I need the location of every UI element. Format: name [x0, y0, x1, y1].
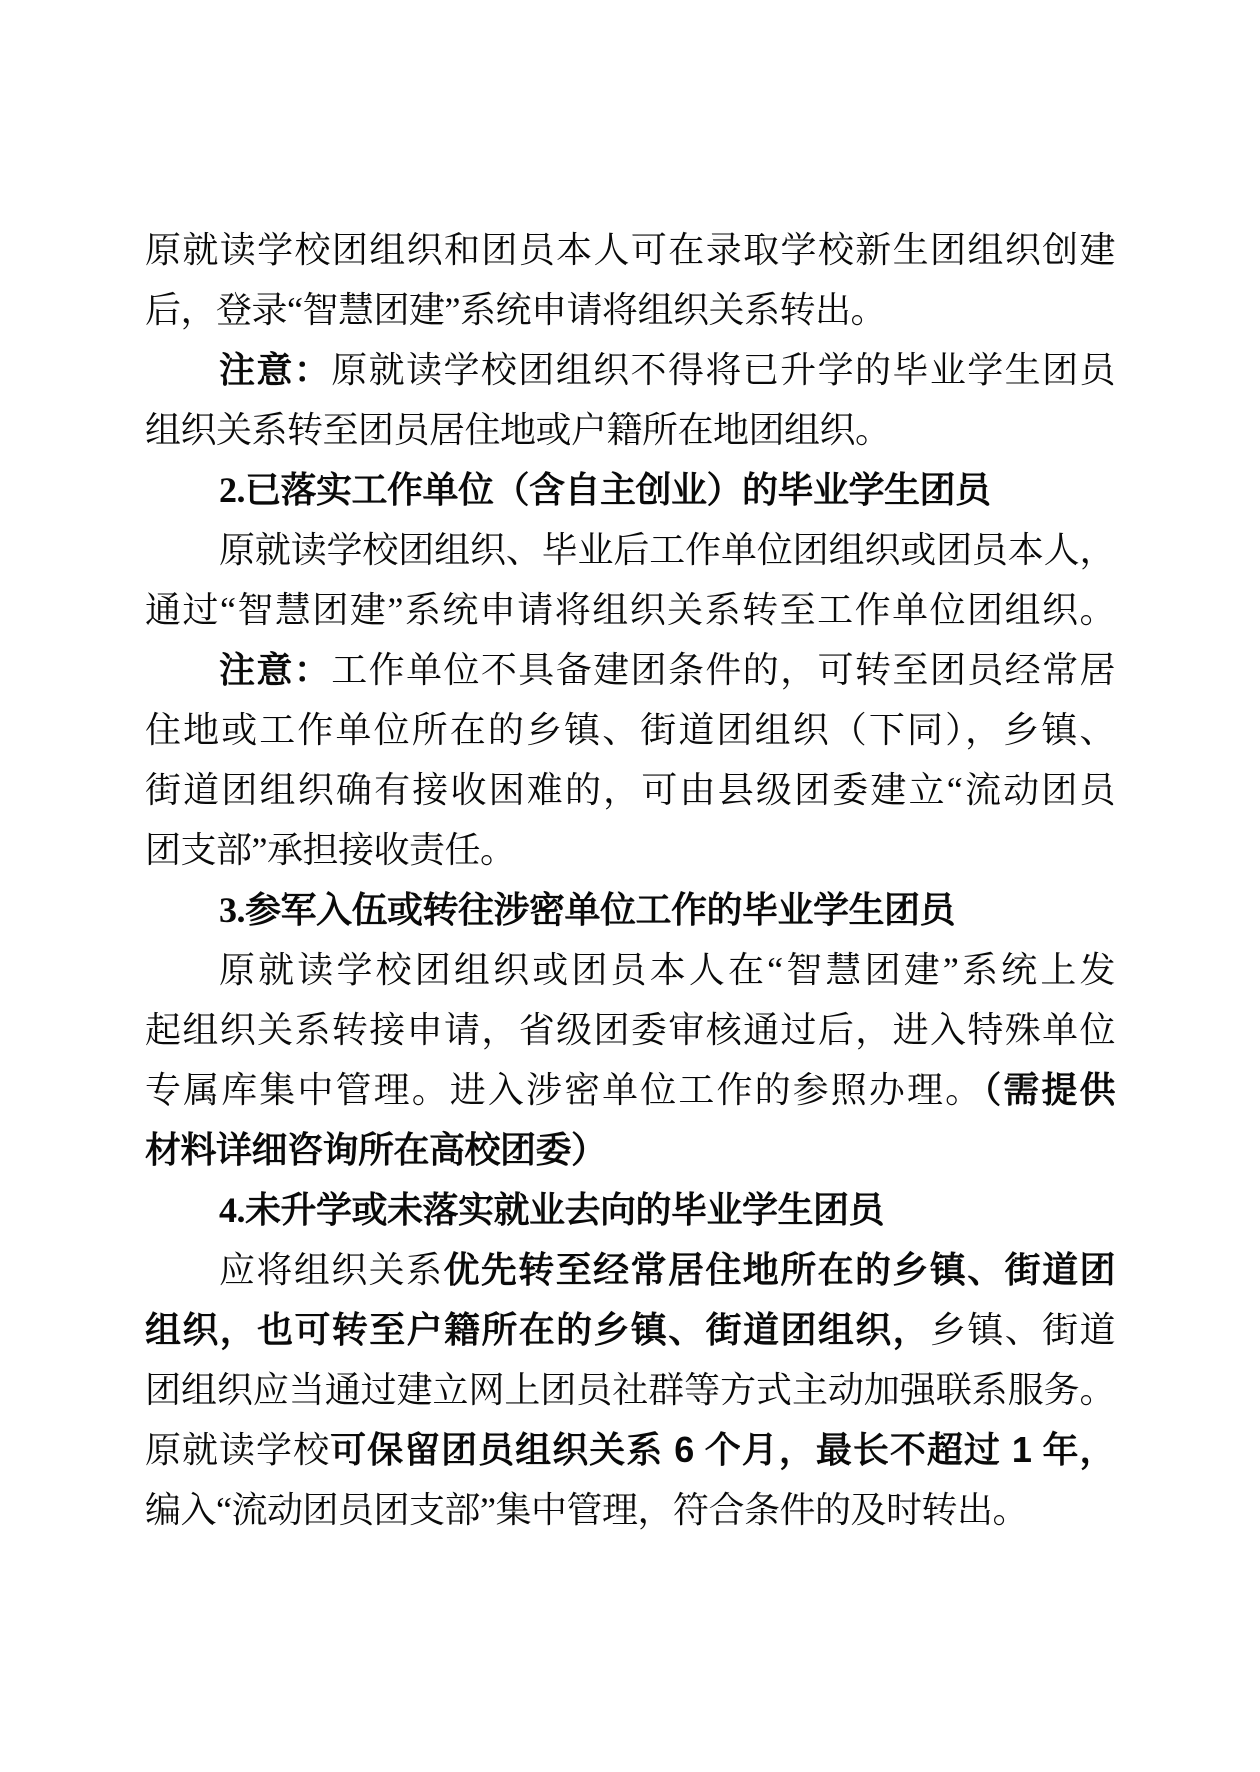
text-run: 后，登录“智慧团建”系统申请将组织关系转出。	[145, 290, 886, 330]
text-run: 可保留团员组织关系 6 个月，最长不超过 1 年，	[330, 1429, 1115, 1470]
text-line: 后，登录“智慧团建”系统申请将组织关系转出。	[145, 280, 1115, 340]
text-line: 原就读学校团组织、毕业后工作单位团组织或团员本人，	[145, 520, 1115, 580]
text-run: 应将组织关系	[219, 1250, 443, 1290]
text-line: 应将组织关系优先转至经常居住地所在的乡镇、街道团	[145, 1240, 1115, 1300]
text-line: 4.未升学或未落实就业去向的毕业学生团员	[145, 1180, 1115, 1240]
text-line: 原就读学校团组织和团员本人可在录取学校新生团组织创建	[145, 220, 1115, 280]
text-line: 街道团组织确有接收困难的，可由县级团委建立“流动团员	[145, 760, 1115, 820]
text-run: 住地或工作单位所在的乡镇、街道团组织（下同），乡镇、	[145, 710, 1115, 750]
text-line: 3.参军入伍或转往涉密单位工作的毕业学生团员	[145, 880, 1115, 940]
text-run: 注意：	[219, 350, 331, 390]
text-line: 团组织应当通过建立网上团员社群等方式主动加强联系服务。	[145, 1360, 1115, 1420]
text-run: 原就读学校团组织或团员本人在“智慧团建”系统上发	[219, 950, 1115, 990]
text-line: 专属库集中管理。进入涉密单位工作的参照办理。（需提供	[145, 1060, 1115, 1120]
text-line: 编入“流动团员团支部”集中管理，符合条件的及时转出。	[145, 1480, 1115, 1540]
document-body: 原就读学校团组织和团员本人可在录取学校新生团组织创建后，登录“智慧团建”系统申请…	[145, 220, 1115, 1540]
text-line: 注意：工作单位不具备建团条件的，可转至团员经常居	[145, 640, 1115, 700]
text-run: 3.参军入伍或转往涉密单位工作的毕业学生团员	[219, 890, 955, 930]
text-line: 组织关系转至团员居住地或户籍所在地团组织。	[145, 400, 1115, 460]
text-run: 材料详细咨询所在高校团委）	[145, 1129, 607, 1170]
text-run: 原就读学校团组织不得将已升学的毕业学生团员	[331, 350, 1115, 390]
text-run: 乡镇、街道	[930, 1310, 1115, 1350]
text-line: 原就读学校可保留团员组织关系 6 个月，最长不超过 1 年，	[145, 1420, 1115, 1480]
text-run: 原就读学校团组织和团员本人可在录取学校新生团组织创建	[145, 230, 1115, 270]
text-line: 起组织关系转接申请，省级团委审核通过后，进入特殊单位	[145, 1000, 1115, 1060]
text-run: 4.未升学或未落实就业去向的毕业学生团员	[219, 1190, 884, 1230]
text-line: 住地或工作单位所在的乡镇、街道团组织（下同），乡镇、	[145, 700, 1115, 760]
text-run: 团组织应当通过建立网上团员社群等方式主动加强联系服务。	[145, 1370, 1115, 1410]
text-run: 优先转至经常居住地所在的乡镇、街道团	[443, 1249, 1115, 1290]
text-run: 注意：	[219, 650, 331, 690]
text-run: 团支部”承担接收责任。	[145, 830, 515, 870]
text-run: 通过“智慧团建”系统申请将组织关系转至工作单位团组织。	[145, 590, 1115, 630]
text-run: 组织关系转至团员居住地或户籍所在地团组织。	[145, 410, 891, 450]
text-run: 街道团组织确有接收困难的，可由县级团委建立“流动团员	[145, 770, 1115, 810]
text-line: 材料详细咨询所在高校团委）	[145, 1120, 1115, 1180]
text-run: （需提供	[983, 1069, 1115, 1110]
text-run: 专属库集中管理。进入涉密单位工作的参照办理。	[145, 1070, 983, 1110]
text-line: 注意：原就读学校团组织不得将已升学的毕业学生团员	[145, 340, 1115, 400]
text-run: 原就读学校团组织、毕业后工作单位团组织或团员本人，	[219, 530, 1115, 570]
text-run: 组织，也可转至户籍所在的乡镇、街道团组织，	[145, 1309, 930, 1350]
text-line: 组织，也可转至户籍所在的乡镇、街道团组织，乡镇、街道	[145, 1300, 1115, 1360]
text-run: 编入“流动团员团支部”集中管理，符合条件的及时转出。	[145, 1490, 1028, 1530]
text-run: 起组织关系转接申请，省级团委审核通过后，进入特殊单位	[145, 1010, 1115, 1050]
text-run: 工作单位不具备建团条件的，可转至团员经常居	[331, 650, 1115, 690]
text-line: 原就读学校团组织或团员本人在“智慧团建”系统上发	[145, 940, 1115, 1000]
text-run: 2.已落实工作单位（含自主创业）的毕业学生团员	[219, 470, 991, 510]
document-page: 原就读学校团组织和团员本人可在录取学校新生团组织创建后，登录“智慧团建”系统申请…	[0, 0, 1260, 1772]
text-line: 团支部”承担接收责任。	[145, 820, 1115, 880]
text-line: 2.已落实工作单位（含自主创业）的毕业学生团员	[145, 460, 1115, 520]
text-run: 原就读学校	[145, 1430, 330, 1470]
text-line: 通过“智慧团建”系统申请将组织关系转至工作单位团组织。	[145, 580, 1115, 640]
